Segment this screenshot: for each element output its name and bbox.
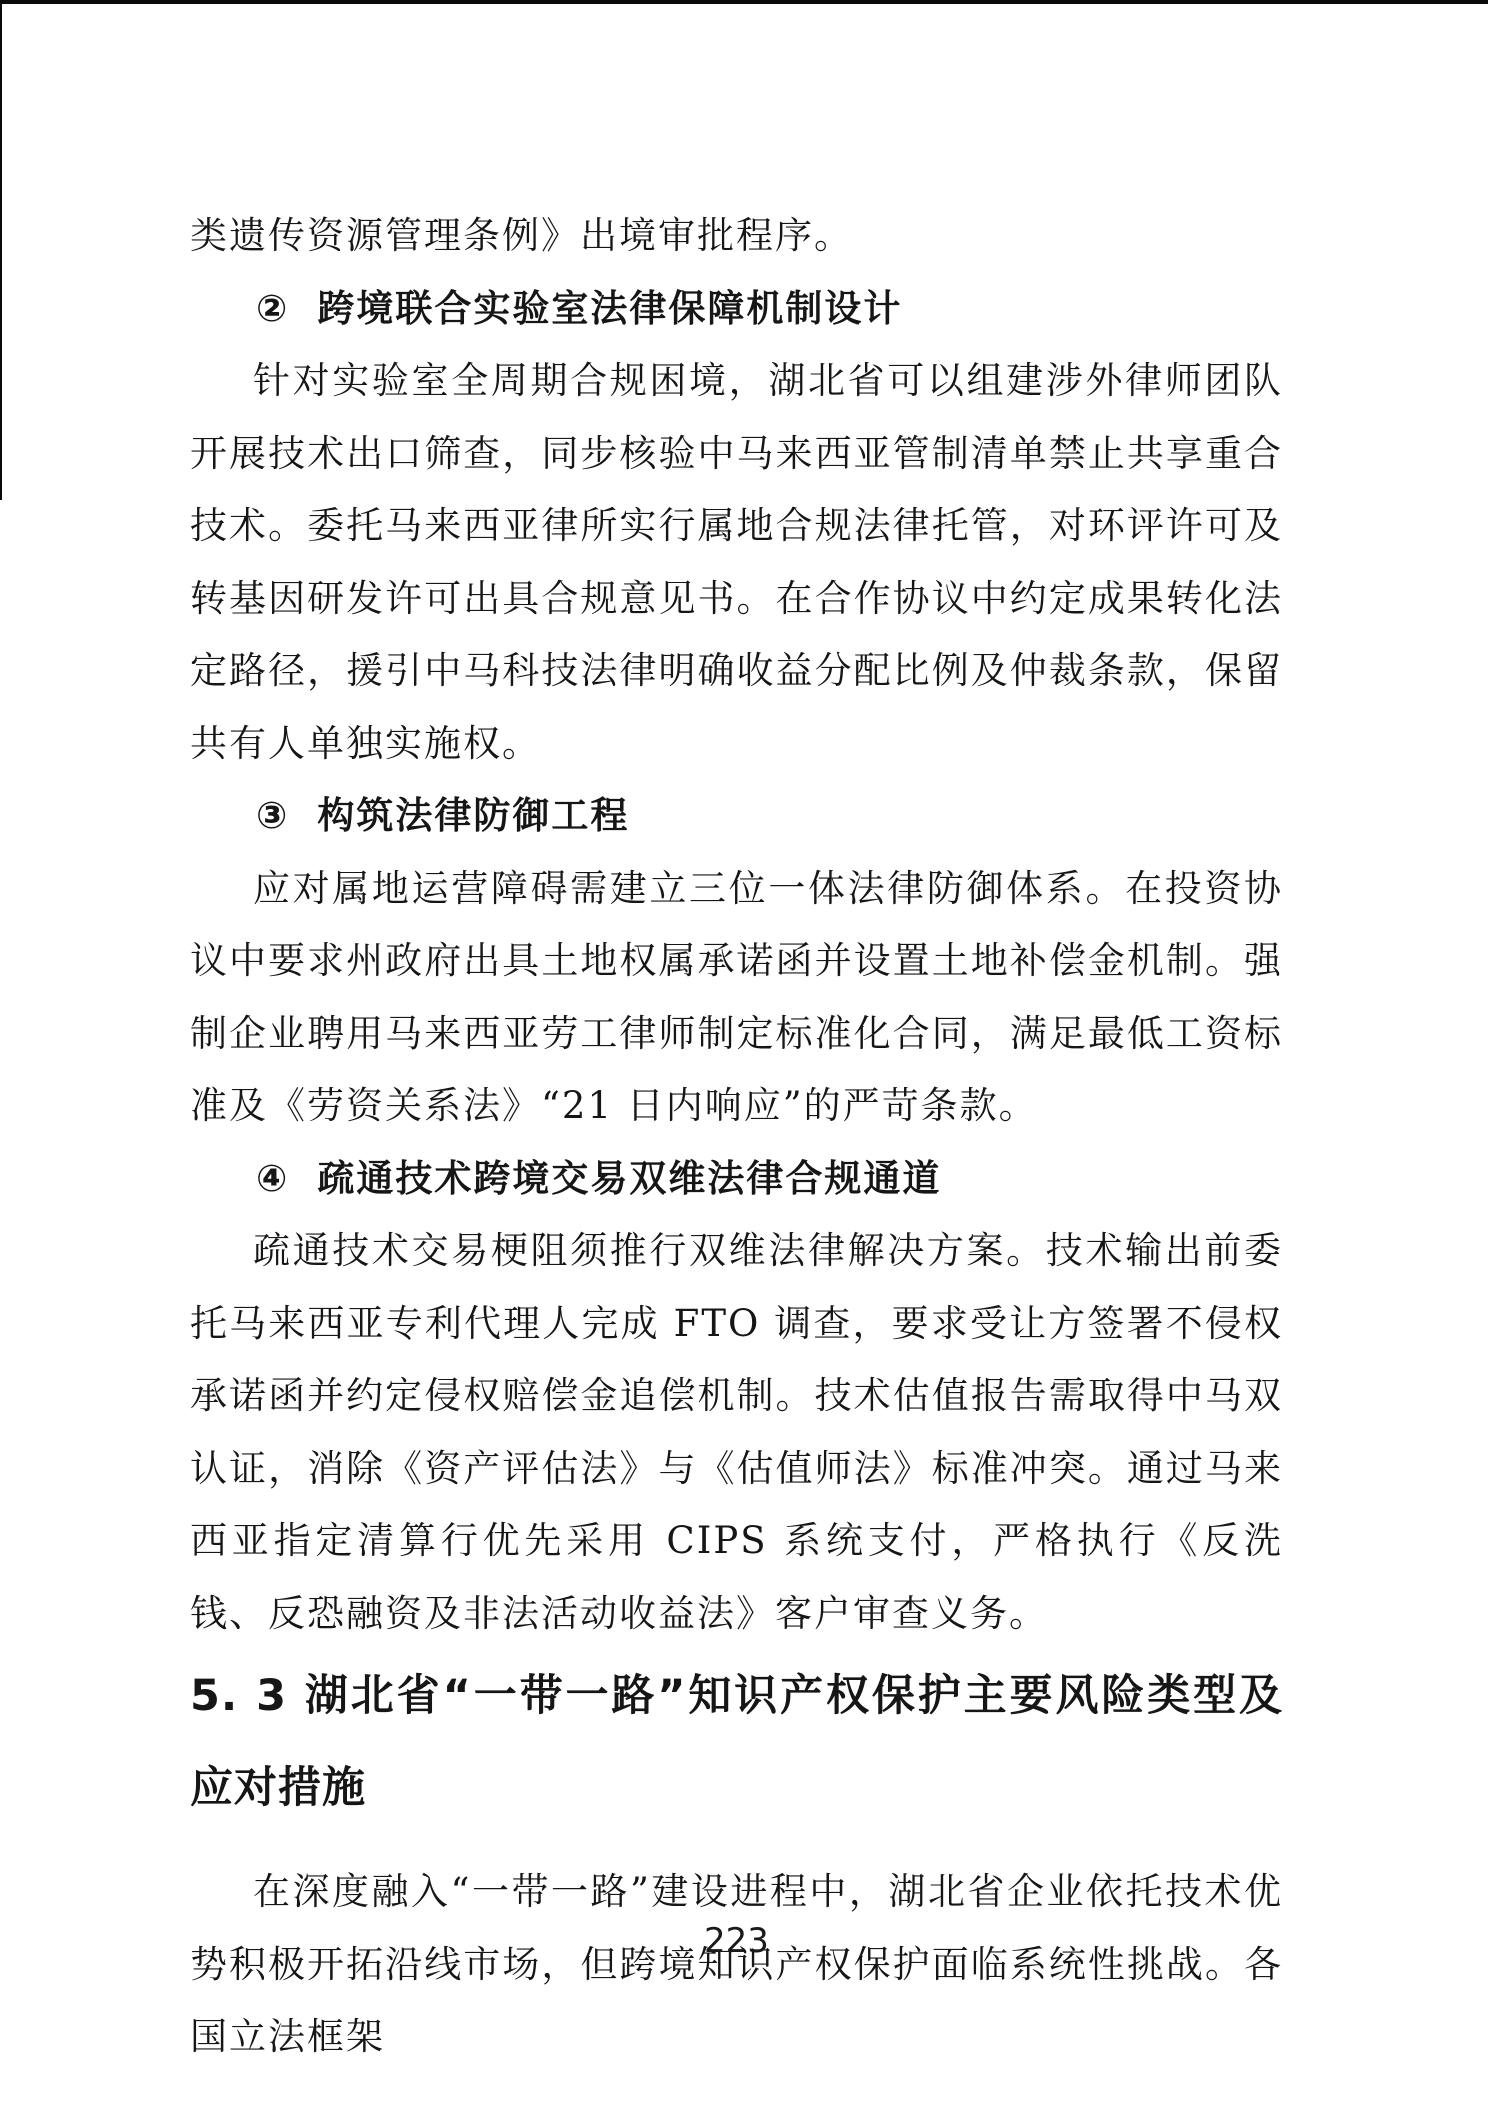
- subheading-3-title: 构筑法律防御工程: [317, 794, 629, 837]
- section-title: 湖北省“一带一路”知识产权保护主要风险类型及应对措施: [190, 1671, 1283, 1813]
- page-number: 223: [190, 1924, 1283, 1958]
- paragraph-legal-defense: 应对属地运营障碍需建立三位一体法律防御体系。在投资协议中要求州政府出具土地权属承…: [190, 853, 1283, 1143]
- paragraph-lab-compliance: 针对实验室全周期合规困境，湖北省可以组建涉外律师团队开展技术出口筛查，同步核验中…: [190, 345, 1283, 780]
- section-number: 5. 3: [190, 1671, 287, 1721]
- subheading-2: ②跨境联合实验室法律保障机制设计: [190, 273, 1283, 346]
- subheading-2-number: ②: [256, 273, 289, 346]
- section-heading-5-3: 5. 3湖北省“一带一路”知识产权保护主要风险类型及应对措施: [190, 1650, 1283, 1834]
- subheading-4: ④疏通技术跨境交易双维法律合规通道: [190, 1143, 1283, 1216]
- paragraph-section-opening: 在深度融入“一带一路”建设进程中，湖北省企业依托技术优势积极开拓沿线市场，但跨境…: [190, 1856, 1283, 2074]
- paragraph-continuation: 类遗传资源管理条例》出境审批程序。: [190, 200, 1283, 273]
- scan-edge-left: [0, 0, 2, 500]
- subheading-4-title: 疏通技术跨境交易双维法律合规通道: [317, 1157, 941, 1200]
- subheading-2-title: 跨境联合实验室法律保障机制设计: [317, 287, 902, 330]
- page-content: 类遗传资源管理条例》出境审批程序。 ②跨境联合实验室法律保障机制设计 针对实验室…: [190, 200, 1283, 2074]
- paragraph-cross-border-trade: 疏通技术交易梗阻须推行双维法律解决方案。技术输出前委托马来西亚专利代理人完成 F…: [190, 1215, 1283, 1650]
- subheading-4-number: ④: [256, 1143, 289, 1216]
- subheading-3: ③构筑法律防御工程: [190, 780, 1283, 853]
- subheading-3-number: ③: [256, 780, 289, 853]
- document-page: 类遗传资源管理条例》出境审批程序。 ②跨境联合实验室法律保障机制设计 针对实验室…: [0, 0, 1488, 2104]
- scan-edge-top: [0, 0, 1488, 4]
